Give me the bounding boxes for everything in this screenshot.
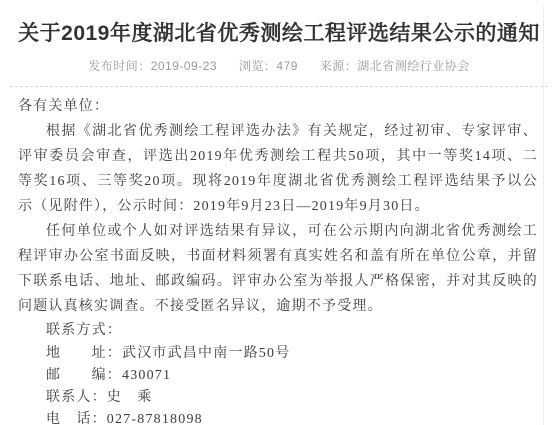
contact-phone: 电 话：027-87818098 [18, 409, 538, 425]
page-title: 关于2019年度湖北省优秀测绘工程评选结果公示的通知 [0, 22, 558, 46]
article-header: 关于2019年度湖北省优秀测绘工程评选结果公示的通知 发布时间：2019-09-… [0, 0, 558, 74]
contact-postcode: 邮 编：430071 [18, 365, 538, 387]
paragraph-1: 根据《湖北省优秀测绘工程评选办法》有关规定，经过初审、专家评审、评审委员会审查，… [18, 119, 538, 219]
paragraph-2: 任何单位或个人如对评选结果有异议，可在公示期内向湖北省优秀测绘工程评审办公室书面… [18, 219, 538, 319]
content-right-border [543, 6, 544, 425]
article-body: 各有关单位： 根据《湖北省优秀测绘工程评选办法》有关规定，经过初审、专家评审、评… [0, 87, 558, 425]
contact-heading: 联系方式： [18, 319, 538, 343]
article-meta: 发布时间：2019-09-23 浏览：479 来源：湖北省测绘行业协会 [0, 57, 558, 74]
salutation: 各有关单位： [18, 94, 538, 119]
publish-date: 发布时间：2019-09-23 [88, 57, 217, 74]
contact-person: 联系人：史 乘 [18, 387, 538, 409]
view-count: 浏览：479 [239, 57, 298, 74]
contact-address: 地 址：武汉市武昌中南一路50号 [18, 343, 538, 365]
source-label: 来源：湖北省测绘行业协会 [320, 57, 470, 74]
notice-page: 关于2019年度湖北省优秀测绘工程评选结果公示的通知 发布时间：2019-09-… [0, 0, 558, 425]
